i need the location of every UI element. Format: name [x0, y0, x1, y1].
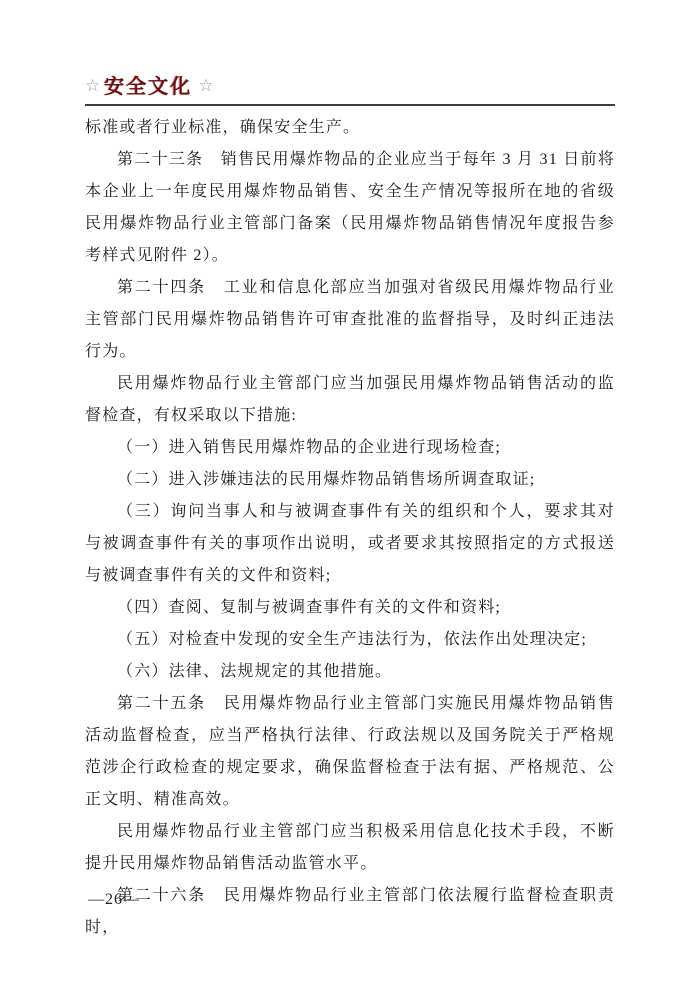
document-page: ☆安全文化☆ 标准或者行业标准，确保安全生产。第二十三条 销售民用爆炸物品的企业…	[0, 0, 700, 990]
paragraph: 第二十六条 民用爆炸物品行业主管部门依法履行监督检查职责时，	[85, 880, 615, 944]
paragraph: 民用爆炸物品行业主管部门应当加强民用爆炸物品销售活动的监督检查，有权采取以下措施…	[85, 368, 615, 432]
page-header: ☆安全文化☆	[85, 72, 214, 103]
star-icon: ☆	[85, 76, 100, 95]
page-number: —26—	[88, 891, 140, 909]
paragraph: （六）法律、法规规定的其他措施。	[85, 656, 615, 688]
document-body: 标准或者行业标准，确保安全生产。第二十三条 销售民用爆炸物品的企业应当于每年 3…	[85, 112, 615, 944]
paragraph: （二）进入涉嫌违法的民用爆炸物品销售场所调查取证;	[85, 464, 615, 496]
page-title: 安全文化	[104, 76, 192, 98]
paragraph: 民用爆炸物品行业主管部门应当积极采用信息化技术手段，不断提升民用爆炸物品销售活动…	[85, 816, 615, 880]
paragraph: 第二十三条 销售民用爆炸物品的企业应当于每年 3 月 31 日前将本企业上一年度…	[85, 144, 615, 272]
paragraph: （五）对检查中发现的安全生产违法行为，依法作出处理决定;	[85, 624, 615, 656]
star-icon: ☆	[198, 76, 213, 95]
paragraph: 第二十四条 工业和信息化部应当加强对省级民用爆炸物品行业主管部门民用爆炸物品销售…	[85, 272, 615, 368]
paragraph: （一）进入销售民用爆炸物品的企业进行现场检查;	[85, 432, 615, 464]
header-divider	[85, 104, 615, 106]
paragraph: 标准或者行业标准，确保安全生产。	[85, 112, 615, 144]
paragraph: （三）询问当事人和与被调查事件有关的组织和个人，要求其对与被调查事件有关的事项作…	[85, 496, 615, 592]
paragraph: 第二十五条 民用爆炸物品行业主管部门实施民用爆炸物品销售活动监督检查，应当严格执…	[85, 688, 615, 816]
paragraph: （四）查阅、复制与被调查事件有关的文件和资料;	[85, 592, 615, 624]
